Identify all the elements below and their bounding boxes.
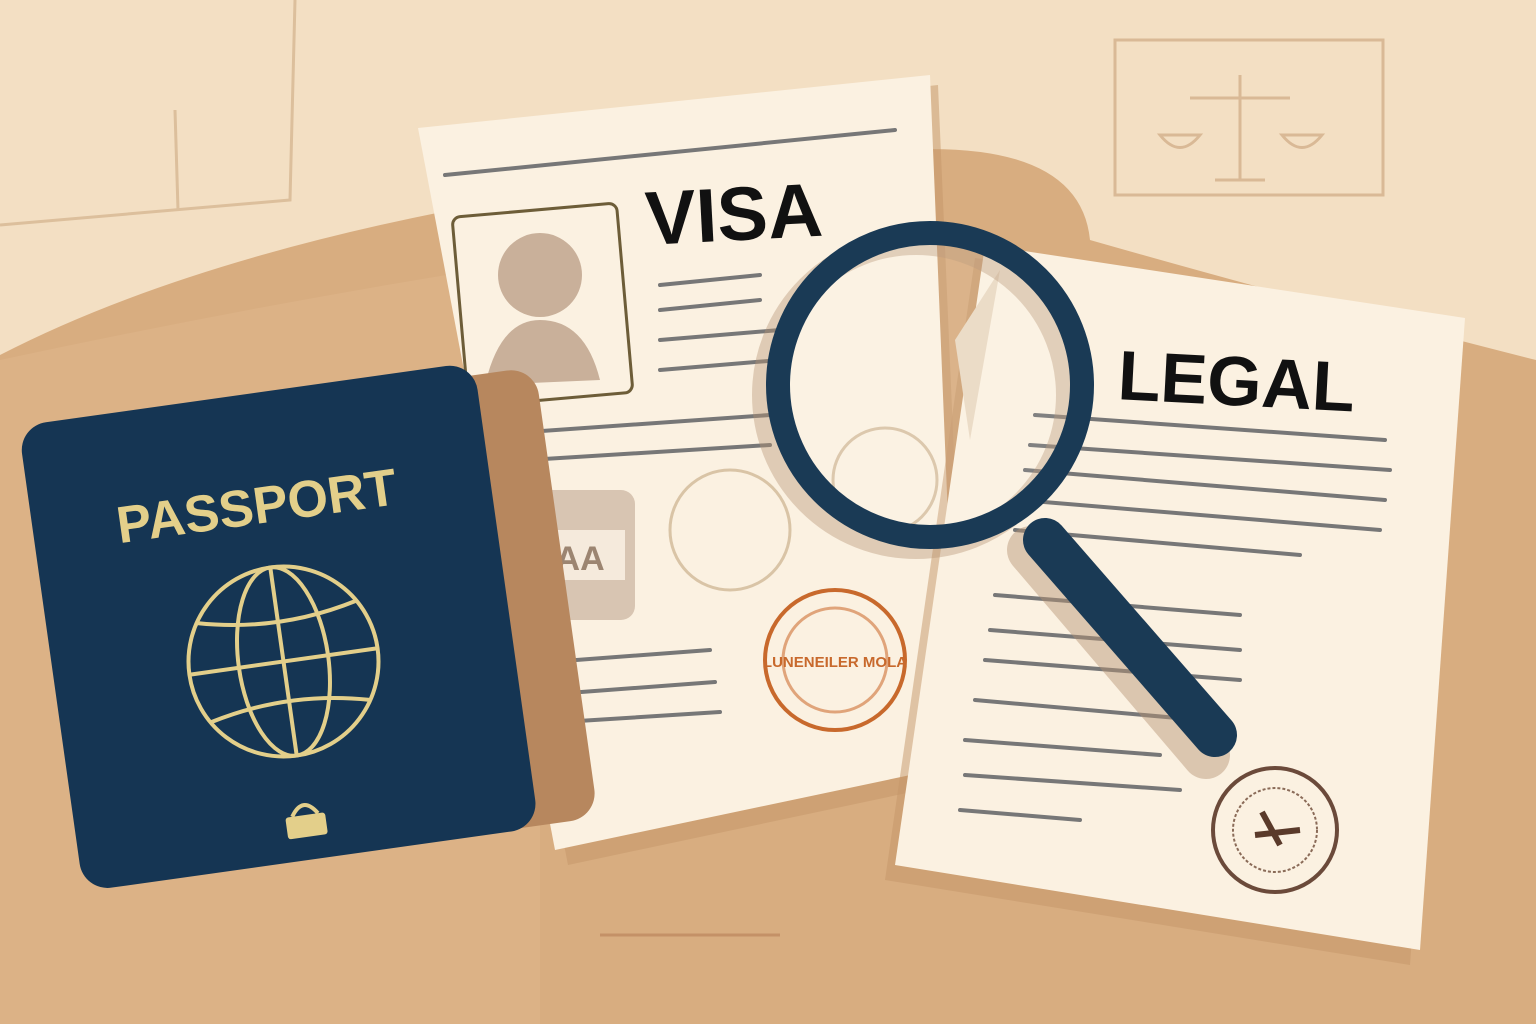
illustration: VISA VAA LUNENEILER MOLA LEGAL [0,0,1536,1024]
visa-title: VISA [643,168,825,262]
legal-title: LEGAL [1116,336,1357,426]
passport: PASSPORT [18,354,598,892]
svg-text:LUNENEILER MOLA: LUNENEILER MOLA [763,654,907,671]
